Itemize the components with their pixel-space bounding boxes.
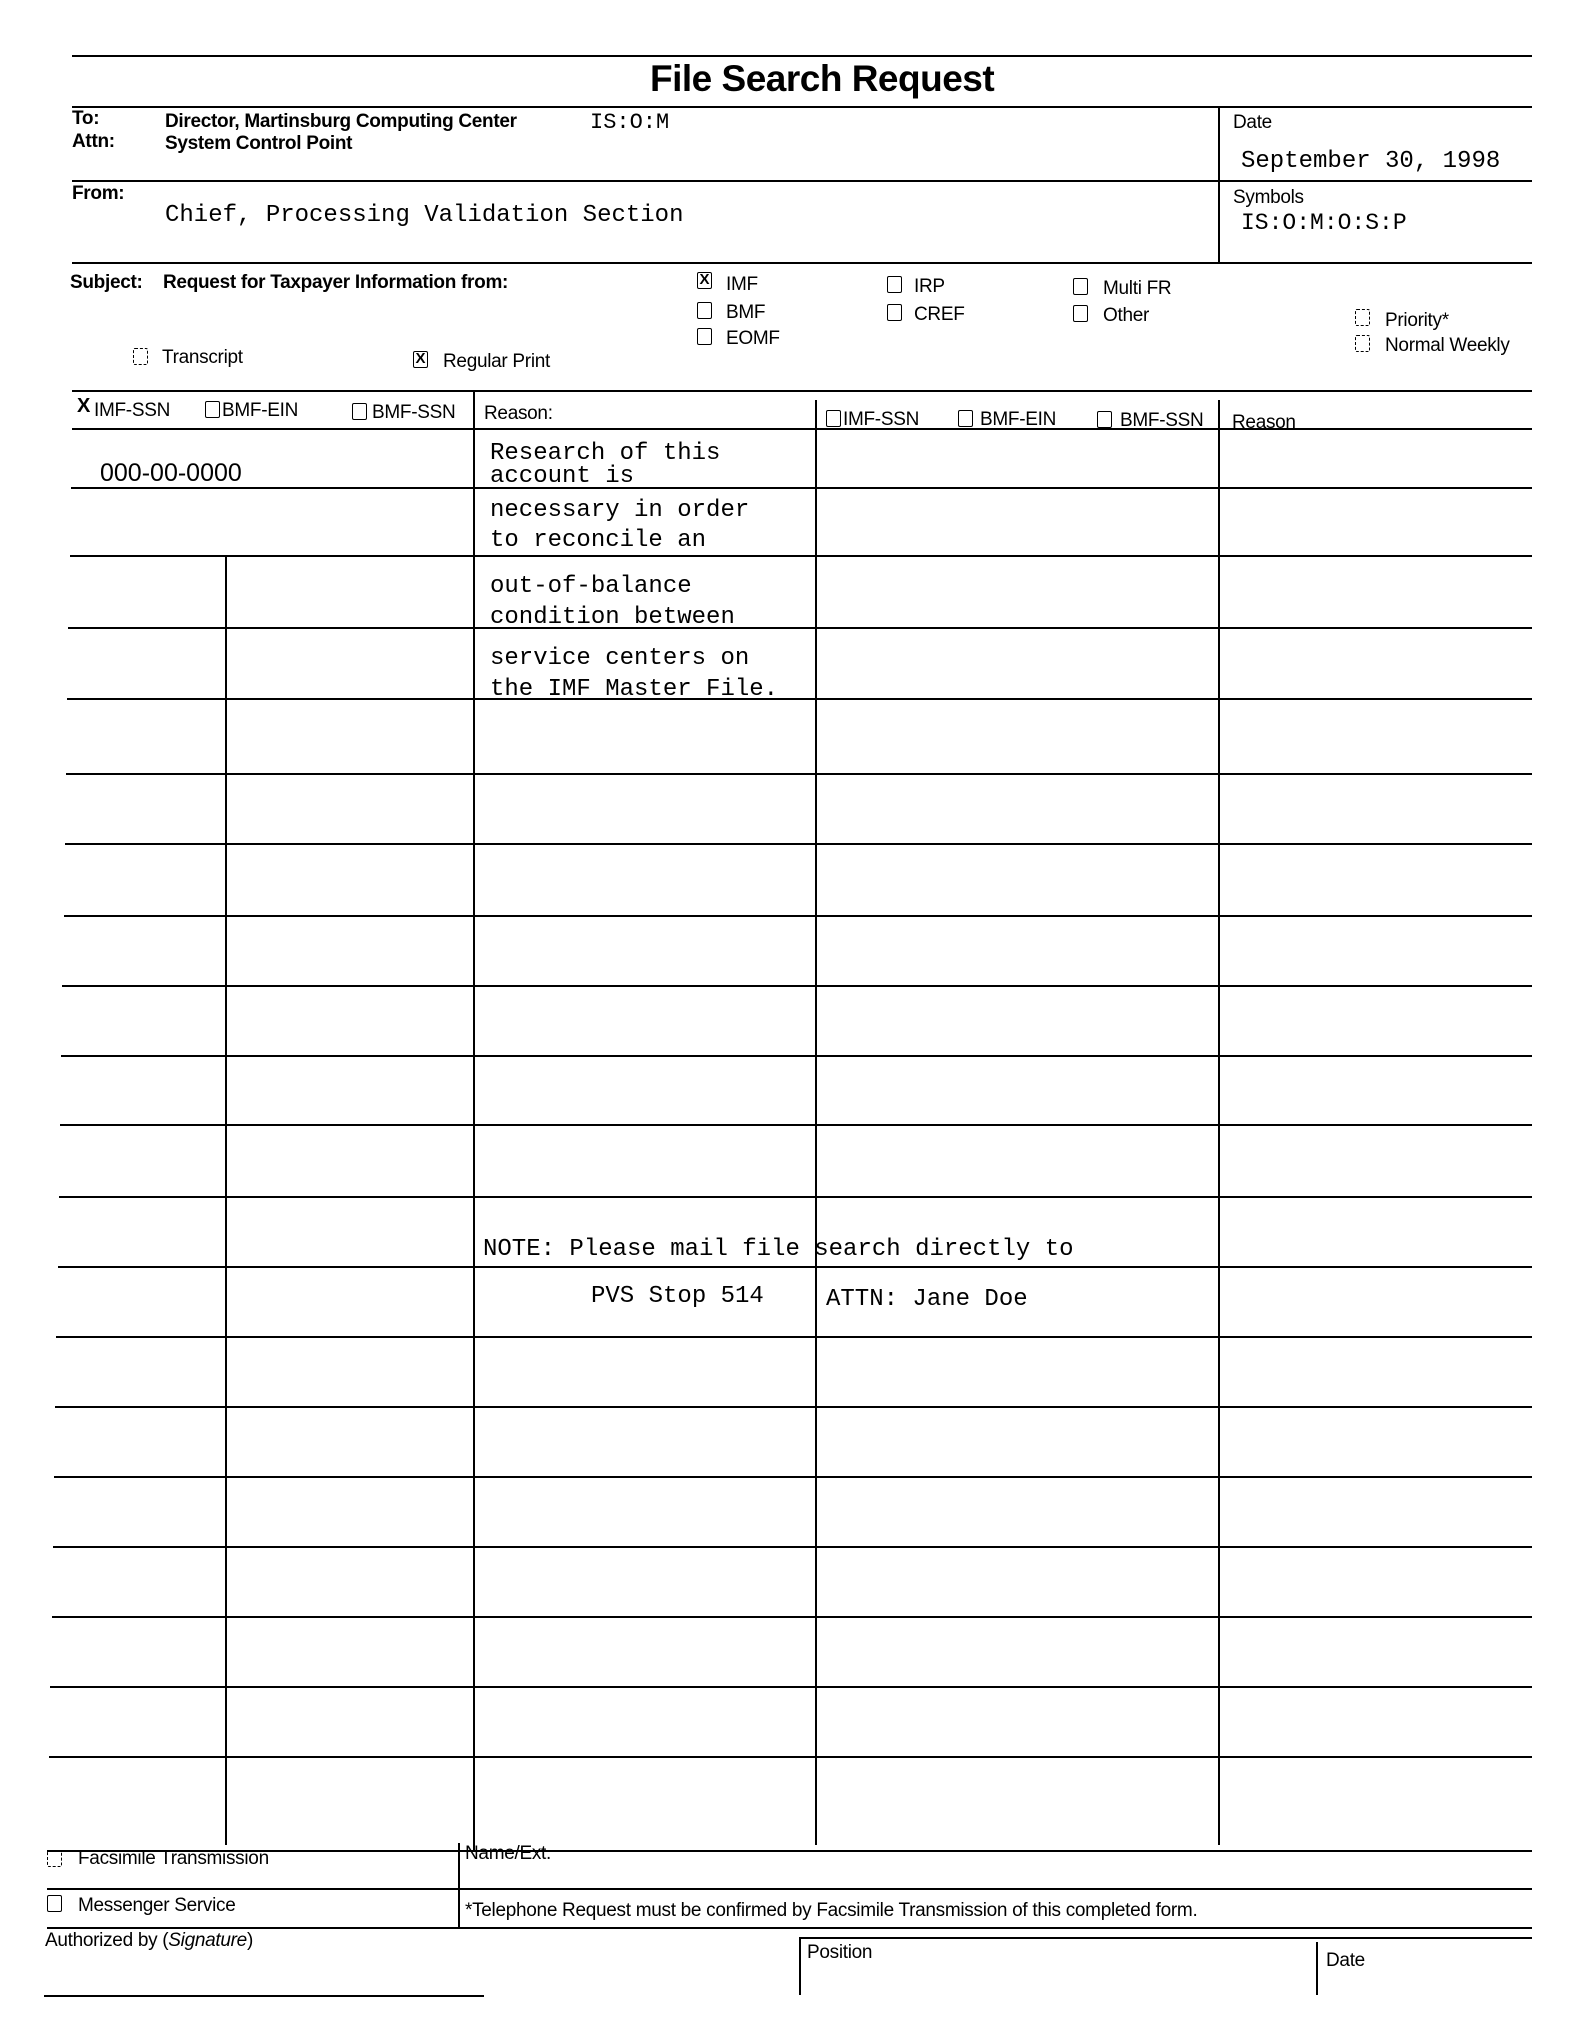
table-row-rule (72, 428, 1532, 430)
left-imf-ssn-checkbox[interactable]: X (77, 399, 90, 416)
right-imf-ssn-checkbox[interactable] (826, 410, 841, 427)
from-rule (72, 262, 1532, 264)
position-divider (799, 1937, 801, 1995)
table-row-rule (58, 1266, 1532, 1268)
left-bmf-ssn-checkbox[interactable] (352, 403, 367, 420)
right-bmf-ein-checkbox[interactable] (958, 410, 973, 427)
table-row-rule (59, 1196, 1532, 1198)
subject-text: Request for Taxpayer Information from: (163, 272, 508, 294)
eomf-checkbox[interactable] (697, 328, 712, 345)
position-label: Position (807, 1942, 872, 1964)
reason-divider-left (473, 390, 475, 1850)
table-top-rule (72, 390, 1532, 392)
subject-label: Subject: (70, 272, 143, 294)
to-label: To: (72, 108, 99, 130)
table-row-rule (65, 843, 1532, 845)
note-stop: PVS Stop 514 (591, 1283, 764, 1310)
symbols-label: Symbols (1233, 187, 1304, 209)
priority-checkbox[interactable] (1355, 309, 1370, 326)
signature-label: Signature (168, 1930, 247, 1951)
to-code: IS:O:M (590, 110, 669, 135)
facsimile-checkbox[interactable] (47, 1850, 62, 1867)
bmf-checkbox[interactable] (697, 302, 712, 319)
date-sig-divider (1316, 1942, 1318, 1995)
reason-line-7: service centers on (490, 645, 749, 672)
table-row-rule (71, 487, 1532, 489)
right-section-divider (815, 400, 817, 1845)
left-reason-label: Reason: (484, 403, 553, 425)
reason-line-8: the IMF Master File. (490, 676, 778, 703)
title-rule (72, 106, 1532, 108)
reason-line-2: account is (490, 463, 634, 490)
reason-line-6: condition between (490, 604, 735, 631)
form-title: File Search Request (650, 58, 994, 100)
table-row-rule (64, 915, 1532, 917)
table-row-rule (62, 985, 1532, 987)
table-row-rule (67, 698, 1532, 700)
to-from-rule (72, 180, 1532, 182)
attn-value: System Control Point (165, 133, 352, 155)
note-attn: ATTN: Jane Doe (826, 1286, 1028, 1313)
name-ext-label: Name/Ext. (465, 1843, 551, 1865)
authorized-label: Authorized by (Signature) (45, 1930, 253, 1952)
table-row-rule (66, 773, 1532, 775)
left-bmf-ein-label: BMF-EIN (222, 400, 298, 422)
transcript-checkbox[interactable] (133, 348, 148, 365)
ssn-sub-divider (225, 555, 227, 1845)
date-value: September 30, 1998 (1241, 148, 1500, 175)
table-row-rule (54, 1476, 1532, 1478)
table-row-rule (61, 1055, 1532, 1057)
table-row-rule (60, 1124, 1532, 1126)
table-row-rule (53, 1546, 1532, 1548)
attn-label: Attn: (72, 131, 115, 153)
messenger-checkbox[interactable] (47, 1895, 62, 1912)
imf-checkbox[interactable]: X (697, 272, 712, 289)
note-line-1: NOTE: Please mail file search directly t… (483, 1236, 1074, 1263)
regular-print-checkbox[interactable]: X (413, 351, 428, 368)
table-row-rule (68, 627, 1532, 629)
right-reason-label: Reason (1232, 412, 1296, 434)
table-row-rule (70, 555, 1532, 557)
reason-line-4: to reconcile an (490, 527, 706, 554)
footer-mid-rule (47, 1888, 1532, 1890)
table-row-rule (55, 1406, 1532, 1408)
date-label: Date (1233, 112, 1272, 134)
left-bmf-ssn-label: BMF-SSN (372, 402, 455, 424)
footer-top-rule (47, 1850, 1532, 1852)
bmf-label: BMF (726, 302, 765, 324)
table-row-rule (49, 1756, 1532, 1758)
telephone-note: *Telephone Request must be confirmed by … (465, 1900, 1197, 1922)
signature-date-label: Date (1326, 1950, 1365, 1972)
top-rule (72, 55, 1532, 57)
first-ssn[interactable]: 000-00-0000 (100, 459, 242, 488)
table-row-rule (52, 1616, 1532, 1618)
other-checkbox[interactable] (1073, 305, 1088, 322)
right-bmf-ssn-checkbox[interactable] (1097, 411, 1112, 428)
from-value: Chief, Processing Validation Section (165, 202, 683, 229)
normal-weekly-checkbox[interactable] (1355, 335, 1370, 352)
eomf-label: EOMF (726, 328, 780, 350)
table-row-rule (56, 1336, 1532, 1338)
multi-fr-label: Multi FR (1103, 278, 1171, 300)
from-label: From: (72, 183, 124, 205)
left-imf-ssn-label: IMF-SSN (94, 400, 170, 422)
other-label: Other (1103, 305, 1149, 327)
footer-divider (458, 1843, 460, 1929)
reason-line-3: necessary in order (490, 497, 749, 524)
signature-rule (44, 1995, 484, 1997)
position-rule-top (799, 1937, 1532, 1939)
irp-checkbox[interactable] (887, 276, 902, 293)
cref-label: CREF (914, 304, 965, 326)
priority-label: Priority* (1385, 310, 1449, 332)
footer-low-rule (47, 1927, 1532, 1929)
facsimile-label: Facsimile Transmission (78, 1848, 269, 1870)
transcript-label: Transcript (162, 347, 243, 369)
date-divider (1218, 106, 1220, 262)
multi-fr-checkbox[interactable] (1073, 278, 1088, 295)
cref-checkbox[interactable] (887, 304, 902, 321)
symbols-value: IS:O:M:O:S:P (1241, 210, 1407, 236)
reason-line-5: out-of-balance (490, 573, 692, 600)
messenger-label: Messenger Service (78, 1895, 236, 1917)
irp-label: IRP (914, 276, 945, 298)
regular-print-label: Regular Print (443, 351, 550, 373)
table-row-rule (50, 1686, 1532, 1688)
to-value: Director, Martinsburg Computing Center (165, 111, 517, 133)
reason-divider-right (1218, 400, 1220, 1845)
imf-label: IMF (726, 274, 758, 296)
left-bmf-ein-checkbox[interactable] (205, 401, 220, 418)
normal-weekly-label: Normal Weekly (1385, 335, 1510, 357)
